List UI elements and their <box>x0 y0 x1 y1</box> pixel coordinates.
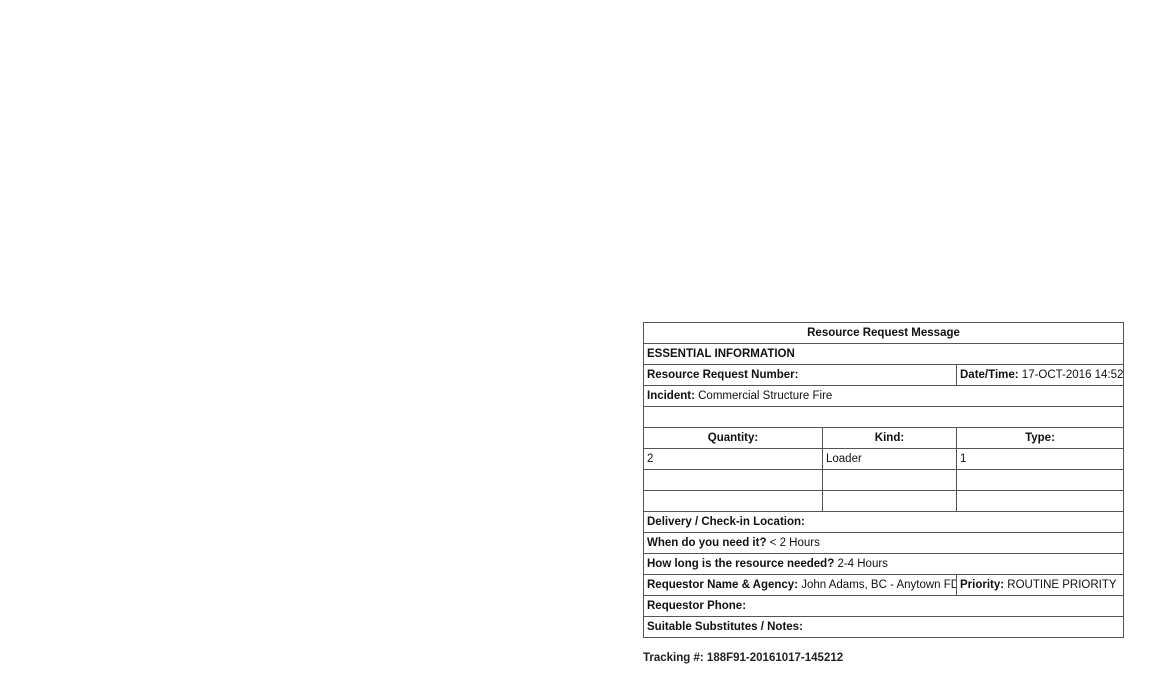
tracking-label: Tracking #: <box>643 652 704 664</box>
table-row <box>644 470 1124 491</box>
when-needed-label: When do you need it? <box>647 537 766 549</box>
when-needed-cell: When do you need it? < 2 Hours <box>644 533 1124 554</box>
request-number-cell: Resource Request Number: <box>644 365 957 386</box>
title-row: Resource Request Message <box>644 323 1124 344</box>
request-number-row: Resource Request Number: Date/Time: 17-O… <box>644 365 1124 386</box>
section-heading: ESSENTIAL INFORMATION <box>644 344 1124 365</box>
duration-cell: How long is the resource needed? 2-4 Hou… <box>644 554 1124 575</box>
duration-label: How long is the resource needed? <box>647 558 834 570</box>
requestor-value: John Adams, BC - Anytown FD <box>801 579 956 591</box>
resource-request-table: Resource Request Message ESSENTIAL INFOR… <box>643 322 1124 638</box>
delivery-cell: Delivery / Check-in Location: <box>644 512 1124 533</box>
requestor-row: Requestor Name & Agency: John Adams, BC … <box>644 575 1124 596</box>
form-title: Resource Request Message <box>644 323 1124 344</box>
notes-label: Suitable Substitutes / Notes: <box>647 621 803 633</box>
type-cell <box>957 470 1124 491</box>
blank-cell <box>644 407 1124 428</box>
quantity-header: Quantity: <box>644 428 823 449</box>
blank-row <box>644 407 1124 428</box>
incident-cell: Incident: Commercial Structure Fire <box>644 386 1124 407</box>
table-row: 2 Loader 1 <box>644 449 1124 470</box>
delivery-row: Delivery / Check-in Location: <box>644 512 1124 533</box>
phone-row: Requestor Phone: <box>644 596 1124 617</box>
request-number-label: Resource Request Number: <box>647 369 798 381</box>
notes-cell: Suitable Substitutes / Notes: <box>644 617 1124 638</box>
requestor-label: Requestor Name & Agency: <box>647 579 798 591</box>
quantity-cell <box>644 491 823 512</box>
resource-request-form: Resource Request Message ESSENTIAL INFOR… <box>643 322 1123 638</box>
type-cell: 1 <box>957 449 1124 470</box>
section-row: ESSENTIAL INFORMATION <box>644 344 1124 365</box>
priority-cell: Priority: ROUTINE PRIORITY <box>957 575 1124 596</box>
type-header: Type: <box>957 428 1124 449</box>
datetime-cell: Date/Time: 17-OCT-2016 14:52 <box>957 365 1124 386</box>
delivery-label: Delivery / Check-in Location: <box>647 516 805 528</box>
phone-label: Requestor Phone: <box>647 600 746 612</box>
kind-cell <box>823 470 957 491</box>
incident-row: Incident: Commercial Structure Fire <box>644 386 1124 407</box>
kind-cell: Loader <box>823 449 957 470</box>
duration-value: 2-4 Hours <box>837 558 888 570</box>
resources-header-row: Quantity: Kind: Type: <box>644 428 1124 449</box>
incident-label: Incident: <box>647 390 695 402</box>
phone-cell: Requestor Phone: <box>644 596 1124 617</box>
datetime-value: 17-OCT-2016 14:52 <box>1022 369 1124 381</box>
quantity-cell: 2 <box>644 449 823 470</box>
table-row <box>644 491 1124 512</box>
requestor-cell: Requestor Name & Agency: John Adams, BC … <box>644 575 957 596</box>
incident-value: Commercial Structure Fire <box>698 390 832 402</box>
when-needed-row: When do you need it? < 2 Hours <box>644 533 1124 554</box>
notes-row: Suitable Substitutes / Notes: <box>644 617 1124 638</box>
quantity-cell <box>644 470 823 491</box>
priority-label: Priority: <box>960 579 1004 591</box>
kind-header: Kind: <box>823 428 957 449</box>
datetime-label: Date/Time: <box>960 369 1019 381</box>
type-cell <box>957 491 1124 512</box>
duration-row: How long is the resource needed? 2-4 Hou… <box>644 554 1124 575</box>
when-needed-value: < 2 Hours <box>770 537 820 549</box>
kind-cell <box>823 491 957 512</box>
tracking-number: Tracking #: 188F91-20161017-145212 <box>643 652 843 664</box>
priority-value: ROUTINE PRIORITY <box>1007 579 1116 591</box>
tracking-value: 188F91-20161017-145212 <box>707 652 843 664</box>
